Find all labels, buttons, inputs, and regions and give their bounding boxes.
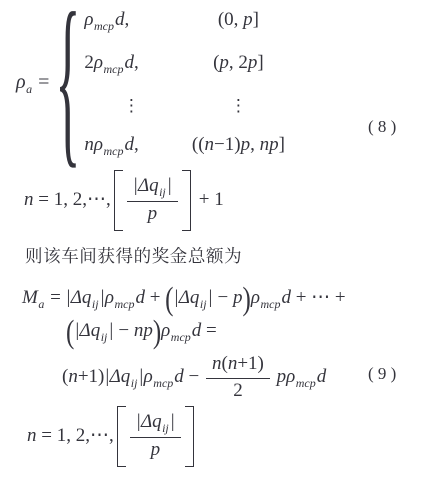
math-token: |Δq <box>133 175 159 196</box>
math-token: d <box>281 287 291 308</box>
fraction-numerator: n(n+1) <box>206 353 270 379</box>
math-token: p <box>219 52 229 73</box>
math-token: + ⋯ + <box>291 287 346 308</box>
math-token: np <box>134 320 153 341</box>
math-token: d <box>125 134 135 155</box>
math-token: ρ <box>251 287 260 308</box>
equation-9-line-2: (|Δqij| − np)ρmcpd = <box>66 319 217 346</box>
math-token: ij <box>159 185 166 199</box>
math-token: p <box>233 287 243 308</box>
math-token: mcp <box>94 19 114 34</box>
piecewise-row-vdots: ⋮ ⋮ <box>84 96 298 116</box>
math-token: mcp <box>296 376 316 392</box>
left-brace-icon: { <box>55 8 80 159</box>
equation-8-number: ( 8 ) <box>368 117 396 137</box>
math-token: p <box>243 9 253 30</box>
bracket-content: |Δqij|p <box>123 170 182 231</box>
piecewise-interval: (p, 2p] <box>178 52 298 74</box>
formula-n-range-1: n = 1, 2,⋯,|Δqij|p + 1 <box>24 170 224 231</box>
math-token: ij <box>131 376 138 392</box>
vdots-icon: ⋮ <box>84 96 178 116</box>
piecewise-row-2: 2ρmcpd, (p, 2p] <box>84 52 298 77</box>
math-token: , 2 <box>229 52 248 73</box>
fraction: |Δqij|p <box>127 175 178 226</box>
math-token: mcp <box>114 297 134 313</box>
math-token: mcp <box>171 330 191 346</box>
formula-n-range-2: n = 1, 2,⋯,|Δqij|p <box>27 406 197 467</box>
math-token: 2 <box>233 380 243 401</box>
left-bracket-icon <box>117 406 126 467</box>
big-paren: ( <box>66 316 74 349</box>
big-paren: ) <box>243 283 251 316</box>
fraction-denominator: 2 <box>233 379 243 403</box>
math-token: = <box>45 287 65 308</box>
math-token: ρ <box>144 366 153 387</box>
math-token: , <box>134 134 139 155</box>
math-token: n <box>228 353 238 374</box>
left-bracket-icon <box>114 170 123 231</box>
fraction-denominator: p <box>148 202 158 226</box>
math-token: , <box>250 134 260 155</box>
math-token: nρ <box>84 134 103 155</box>
paper-page: ρa = { ρmcpd, (0, p] 2ρmcpd, (p, 2p] ⋮ ⋮… <box>0 0 431 482</box>
math-token: a <box>26 82 32 97</box>
piecewise-row-1: ρmcpd, (0, p] <box>84 9 298 34</box>
fraction-numerator: |Δqij| <box>127 175 178 202</box>
math-token: +1) <box>237 353 264 374</box>
square-bracket-group: |Δqij|p <box>117 406 194 467</box>
right-bracket-icon <box>182 170 191 231</box>
math-token: |Δq <box>74 320 100 341</box>
piecewise-interval: ((n−1)p, np] <box>178 134 298 156</box>
math-token: d <box>135 287 145 308</box>
math-token: n <box>212 353 222 374</box>
piecewise-brace: { <box>54 8 80 160</box>
math-token: ρ <box>161 320 170 341</box>
right-bracket-icon <box>185 406 194 467</box>
math-token: pρ <box>272 366 295 387</box>
math-token: , <box>134 52 139 73</box>
math-token: n <box>68 366 78 387</box>
math-token: + 1 <box>194 189 224 210</box>
equation-9-line-1: Ma = |Δqij|ρmcpd + (|Δqij| − p)ρmcpd + ⋯… <box>22 286 346 313</box>
math-token: − <box>184 366 204 387</box>
equation-9-number: ( 9 ) <box>368 364 396 384</box>
math-token: M <box>22 287 38 308</box>
math-token: ρ <box>16 71 26 93</box>
math-token: d <box>125 52 135 73</box>
math-token: |Δq <box>104 366 130 387</box>
math-token: − <box>213 287 233 308</box>
math-token: = <box>201 320 216 341</box>
math-token: | <box>170 411 175 432</box>
math-token: = 1, 2,⋯, <box>37 425 114 446</box>
math-token: p <box>151 439 161 460</box>
math-token: ρ <box>105 287 114 308</box>
math-token: mcp <box>260 297 280 313</box>
math-token: |Δq <box>174 287 200 308</box>
math-token: |Δq <box>136 411 162 432</box>
math-token: mcp <box>104 144 124 159</box>
math-token: p <box>148 203 158 224</box>
piecewise-expression: nρmcpd, <box>84 134 178 159</box>
math-token: d <box>317 366 327 387</box>
piecewise-rows: ρmcpd, (0, p] 2ρmcpd, (p, 2p] ⋮ ⋮ nρmcpd… <box>84 9 298 159</box>
math-token: mcp <box>104 62 124 77</box>
math-token: ij <box>162 421 169 435</box>
math-token: p <box>241 134 251 155</box>
piecewise-expression: 2ρmcpd, <box>84 52 178 77</box>
piecewise-interval: (0, p] <box>178 9 298 31</box>
math-token: = <box>33 71 54 93</box>
math-token: ] <box>279 134 285 155</box>
math-token: = 1, 2,⋯, <box>34 189 111 210</box>
fraction-numerator: |Δqij| <box>130 411 181 438</box>
vdots-icon: ⋮ <box>178 96 298 116</box>
big-paren: ) <box>153 316 161 349</box>
math-token: , <box>125 9 130 30</box>
piecewise-row-n: nρmcpd, ((n−1)p, np] <box>84 134 298 159</box>
math-token: mcp <box>153 376 173 392</box>
equation-9-line-3: (n+1)|Δqij|ρmcpd − n(n+1)2 pρmcpd <box>62 353 326 403</box>
big-paren: ( <box>165 283 173 316</box>
math-token: d <box>115 9 125 30</box>
math-token: p <box>248 52 258 73</box>
math-token: ij <box>101 330 108 346</box>
math-token: ij <box>200 297 207 313</box>
math-token: | <box>167 175 172 196</box>
piecewise-expression: ρmcpd, <box>84 9 178 34</box>
math-token: (( <box>192 134 205 155</box>
math-token: ⋮ <box>123 96 140 115</box>
math-token: n <box>24 189 34 210</box>
math-token: ] <box>253 9 259 30</box>
square-bracket-group: |Δqij|p <box>114 170 191 231</box>
paragraph-text: 则该车间获得的奖金总额为 <box>25 243 242 268</box>
math-token: ρ <box>84 9 93 30</box>
equation-8-lhs: ρa = <box>16 71 54 97</box>
math-token: (0, <box>218 9 243 30</box>
math-token: a <box>38 297 44 313</box>
math-token: ⋮ <box>230 96 247 115</box>
fraction: |Δqij|p <box>130 411 181 462</box>
math-token: ρ <box>94 52 103 73</box>
math-token: + <box>145 287 165 308</box>
math-token: |Δq <box>66 287 92 308</box>
equation-8: ρa = { ρmcpd, (0, p] 2ρmcpd, (p, 2p] ⋮ ⋮… <box>16 8 298 160</box>
math-token: ij <box>92 297 99 313</box>
fraction-denominator: p <box>151 438 161 462</box>
math-token: n <box>27 425 37 446</box>
math-token: −1) <box>214 134 241 155</box>
math-token: np <box>260 134 279 155</box>
math-token: − <box>114 320 134 341</box>
math-token: +1) <box>78 366 105 387</box>
bracket-content: |Δqij|p <box>126 406 185 467</box>
math-token: n <box>205 134 215 155</box>
fraction: n(n+1)2 <box>206 353 270 403</box>
math-token: d <box>192 320 202 341</box>
math-token: 2 <box>84 52 94 73</box>
math-token: d <box>174 366 184 387</box>
math-token: ] <box>257 52 263 73</box>
